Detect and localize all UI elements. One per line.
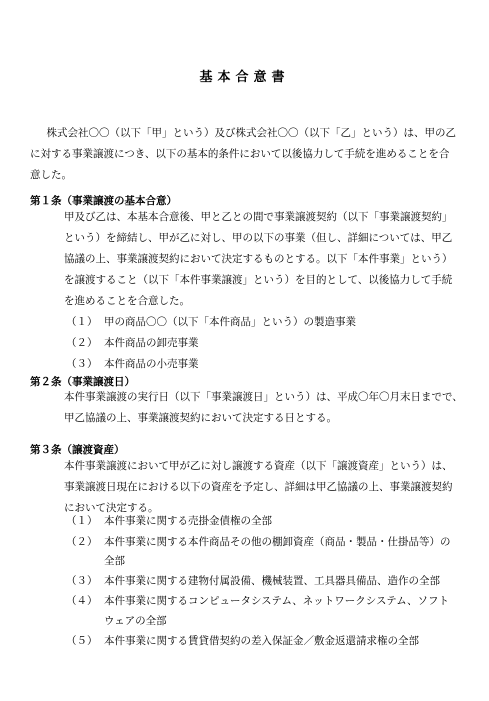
list-item: （２）本件事業に関する本件商品その他の棚卸資産（商品・製品・仕掛品等）の [66,532,451,553]
item-number: （４） [66,591,104,612]
document-title: 基本合意書 [0,66,489,85]
list-item: （１）甲の商品〇〇（以下「本件商品」という）の製造事業 [66,312,356,333]
item-text: 本件事業に関する賃貸借契約の差入保証金／敷金返還請求権の全部 [104,635,419,647]
article-2-line-1: 本件事業譲渡の実行日（以下「事業譲渡日」という）は、平成〇年〇月末日までで、 [64,387,463,408]
article-1-line-1: 甲及び乙は、本基本合意後、甲と乙との間で事業譲渡契約（以下「事業譲渡契約」 [64,207,453,228]
intro-line-3: 意した。 [30,165,72,186]
item-number: （２） [66,532,104,553]
article-2-line-2: 甲乙協議の上、事業譲渡契約において決定する日とする。 [64,408,337,429]
article-3-line-2: 事業譲渡日現在における以下の資産を予定し、詳細は甲乙協議の上、事業譲渡契約 [64,477,453,498]
intro-line-2: に対する事業譲渡につき、以下の基本的条件において以後協力して手続を進めることを合 [30,144,449,165]
item-continuation: ウェアの全部 [104,611,167,632]
list-item: （４）本件事業に関するコンピュータシステム、ネットワークシステム、ソフト [66,591,449,612]
intro-line-1: 株式会社〇〇（以下「甲」という）及び株式会社〇〇（以下「乙」という）は、甲の乙 [36,123,456,144]
item-number: （１） [66,511,104,532]
item-number: （１） [66,312,104,333]
item-text: 本件事業に関する建物付属設備、機械装置、工具器具備品、造作の全部 [104,575,440,587]
item-number: （５） [66,631,104,652]
item-number: （２） [66,333,104,354]
item-text: 甲の商品〇〇（以下「本件商品」という）の製造事業 [104,316,356,328]
article-1-line-3: 協議の上、事業譲渡契約において決定するものとする。以下「本件事業」という） [64,249,453,270]
article-1-line-4: を譲渡すること（以下「本件事業譲渡」という）を目的として、以後協力して手続 [64,270,452,291]
list-item: （３）本件商品の小売事業 [66,354,199,375]
list-item: （１）本件事業に関する売掛金債権の全部 [66,511,272,532]
item-number: （３） [66,354,104,375]
item-text: 本件商品の小売事業 [104,358,199,370]
item-number: （３） [66,571,104,592]
item-text: 本件事業に関する本件商品その他の棚卸資産（商品・製品・仕掛品等）の [104,536,451,548]
item-continuation: 全部 [104,551,125,572]
item-text: 本件事業に関するコンピュータシステム、ネットワークシステム、ソフト [104,595,449,607]
article-3-line-1: 本件事業譲渡において甲が乙に対し譲渡する資産（以下「譲渡資産」という）は、 [64,456,453,477]
article-1-heading: 第１条（事業譲渡の基本合意） [30,193,177,208]
list-item: （５）本件事業に関する賃貸借契約の差入保証金／敷金返還請求権の全部 [66,631,419,652]
list-item: （２）本件商品の卸売事業 [66,333,199,354]
article-1-line-5: を進めることを合意した。 [64,291,190,312]
item-text: 本件事業に関する売掛金債権の全部 [104,515,272,527]
item-text: 本件商品の卸売事業 [104,337,199,349]
article-3-heading: 第３条（譲渡資産） [30,442,125,457]
article-1-line-2: という）を締結し、甲が乙に対し、甲の以下の事業（但し、詳細については、甲乙 [64,228,452,249]
list-item: （３）本件事業に関する建物付属設備、機械装置、工具器具備品、造作の全部 [66,571,440,592]
